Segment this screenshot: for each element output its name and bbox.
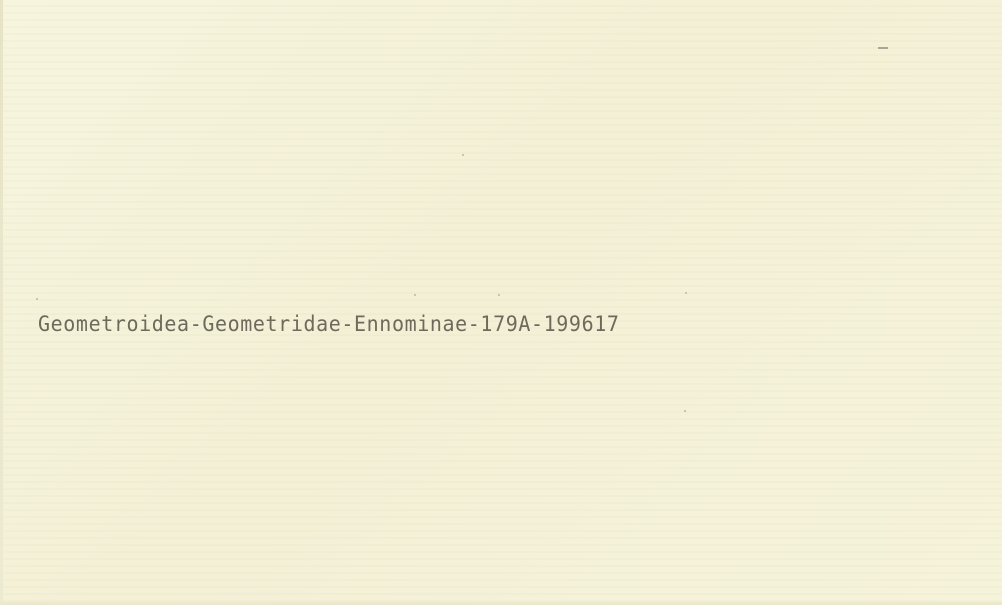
speck — [498, 294, 500, 296]
speck — [684, 410, 686, 412]
taxonomy-label: Geometroidea-Geometridae-Ennominae-179A-… — [38, 311, 620, 336]
index-card: Geometroidea-Geometridae-Ennominae-179A-… — [0, 0, 1002, 605]
speck — [36, 298, 38, 300]
speck — [414, 294, 416, 296]
speck — [462, 154, 464, 156]
dash-mark — [878, 47, 888, 49]
speck — [685, 292, 687, 294]
